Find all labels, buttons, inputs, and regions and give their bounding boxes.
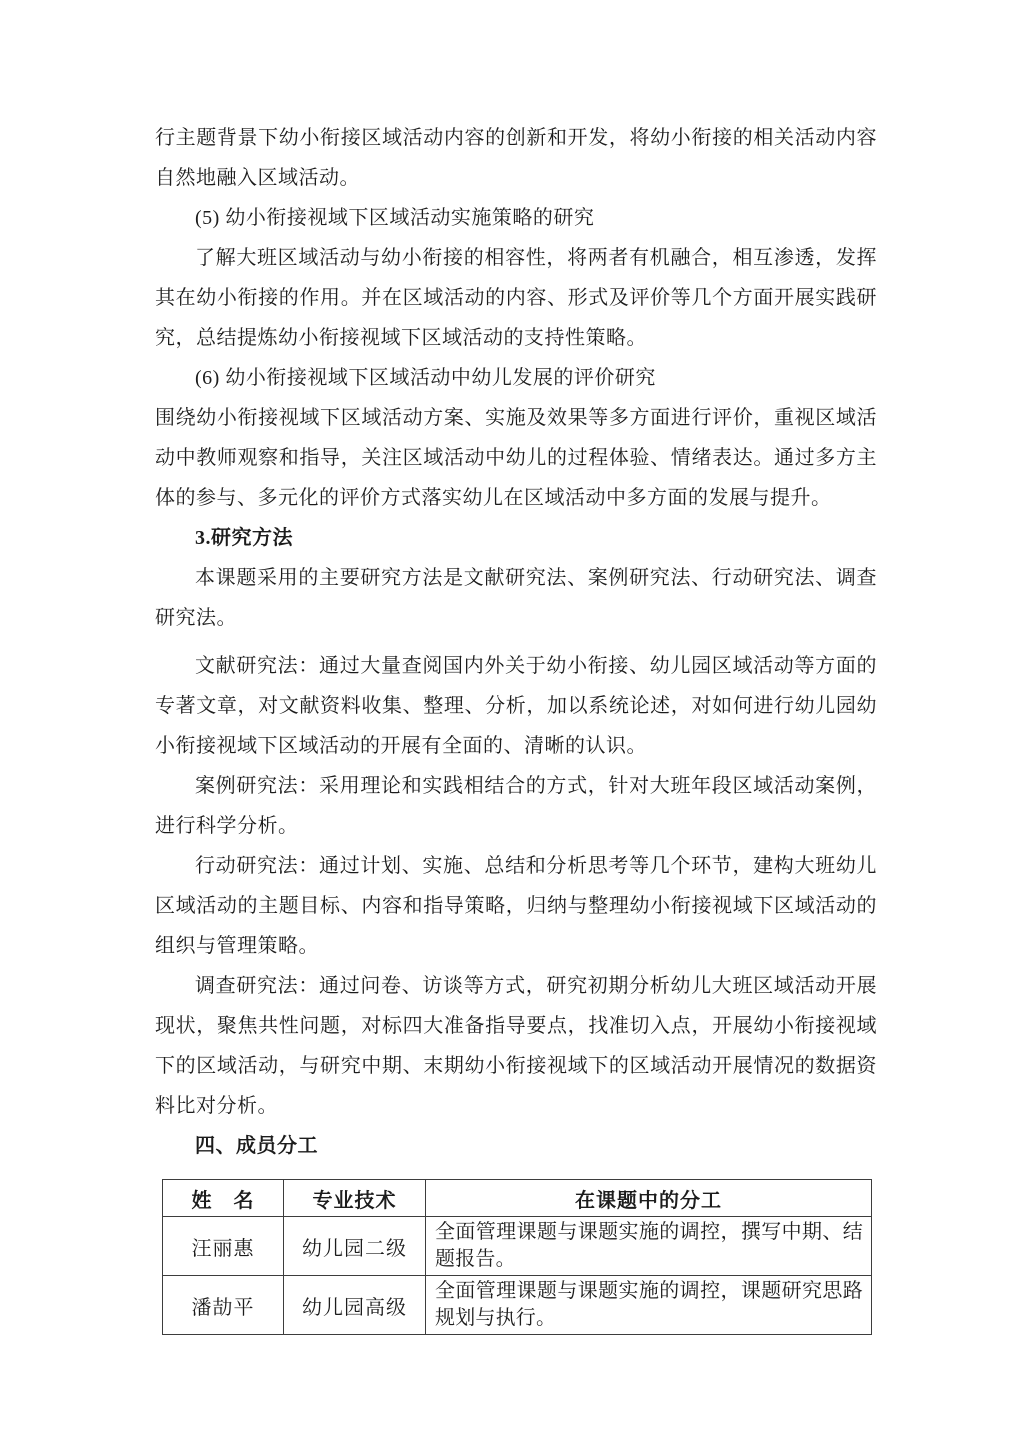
table-row-member-1: 汪丽惠 幼儿园二级 全面管理课题与课题实施的调控，撰写中期、结题报告。: [163, 1217, 872, 1276]
member-duty-cell: 全面管理课题与课题实施的调控，撰写中期、结题报告。: [426, 1217, 872, 1276]
document-body: 行主题背景下幼小衔接区域活动内容的创新和开发，将幼小衔接的相关活动内容自然地融入…: [155, 118, 877, 1166]
paragraph: 本课题采用的主要研究方法是文献研究法、案例研究法、行动研究法、调查研究法。: [155, 558, 877, 638]
paragraph-item-5: (5) 幼小衔接视域下区域活动实施策略的研究: [155, 198, 877, 238]
members-table-header-title: 专业技术: [284, 1180, 426, 1217]
paragraph-item-6: (6) 幼小衔接视域下区域活动中幼儿发展的评价研究: [155, 358, 877, 398]
members-table-header-duty: 在课题中的分工: [426, 1180, 872, 1217]
section-heading-research-methods: 3.研究方法: [155, 518, 877, 558]
member-title-cell: 幼儿园高级: [284, 1276, 426, 1335]
document-page: 行主题背景下幼小衔接区域活动内容的创新和开发，将幼小衔接的相关活动内容自然地融入…: [0, 0, 1024, 1448]
member-duty-cell: 全面管理课题与课题实施的调控，课题研究思路规划与执行。: [426, 1276, 872, 1335]
member-name-cell: 潘劼平: [163, 1276, 284, 1335]
paragraph: 围绕幼小衔接视域下区域活动方案、实施及效果等多方面进行评价，重视区域活动中教师观…: [155, 398, 877, 518]
paragraph-survey-method: 调查研究法：通过问卷、访谈等方式，研究初期分析幼儿大班区域活动开展现状，聚焦共性…: [155, 966, 877, 1126]
paragraph-case-method: 案例研究法：采用理论和实践相结合的方式，针对大班年段区域活动案例，进行科学分析。: [155, 766, 877, 846]
member-name-cell: 汪丽惠: [163, 1217, 284, 1276]
members-table-header-row: 姓 名 专业技术 在课题中的分工: [163, 1180, 872, 1217]
paragraph: 了解大班区域活动与幼小衔接的相容性，将两者有机融合，相互渗透，发挥其在幼小衔接的…: [155, 238, 877, 358]
members-table: 姓 名 专业技术 在课题中的分工 汪丽惠 幼儿园二级 全面管理课题与课题实施的调…: [162, 1179, 872, 1335]
paragraph-literature-method: 文献研究法：通过大量查阅国内外关于幼小衔接、幼儿园区域活动等方面的专著文章，对文…: [155, 646, 877, 766]
table-row-member-2: 潘劼平 幼儿园高级 全面管理课题与课题实施的调控，课题研究思路规划与执行。: [163, 1276, 872, 1335]
section-heading-member-division: 四、成员分工: [155, 1126, 877, 1166]
member-title-cell: 幼儿园二级: [284, 1217, 426, 1276]
members-table-header-name: 姓 名: [163, 1180, 284, 1217]
paragraph-continuation: 行主题背景下幼小衔接区域活动内容的创新和开发，将幼小衔接的相关活动内容自然地融入…: [155, 118, 877, 198]
paragraph-action-method: 行动研究法：通过计划、实施、总结和分析思考等几个环节，建构大班幼儿区域活动的主题…: [155, 846, 877, 966]
